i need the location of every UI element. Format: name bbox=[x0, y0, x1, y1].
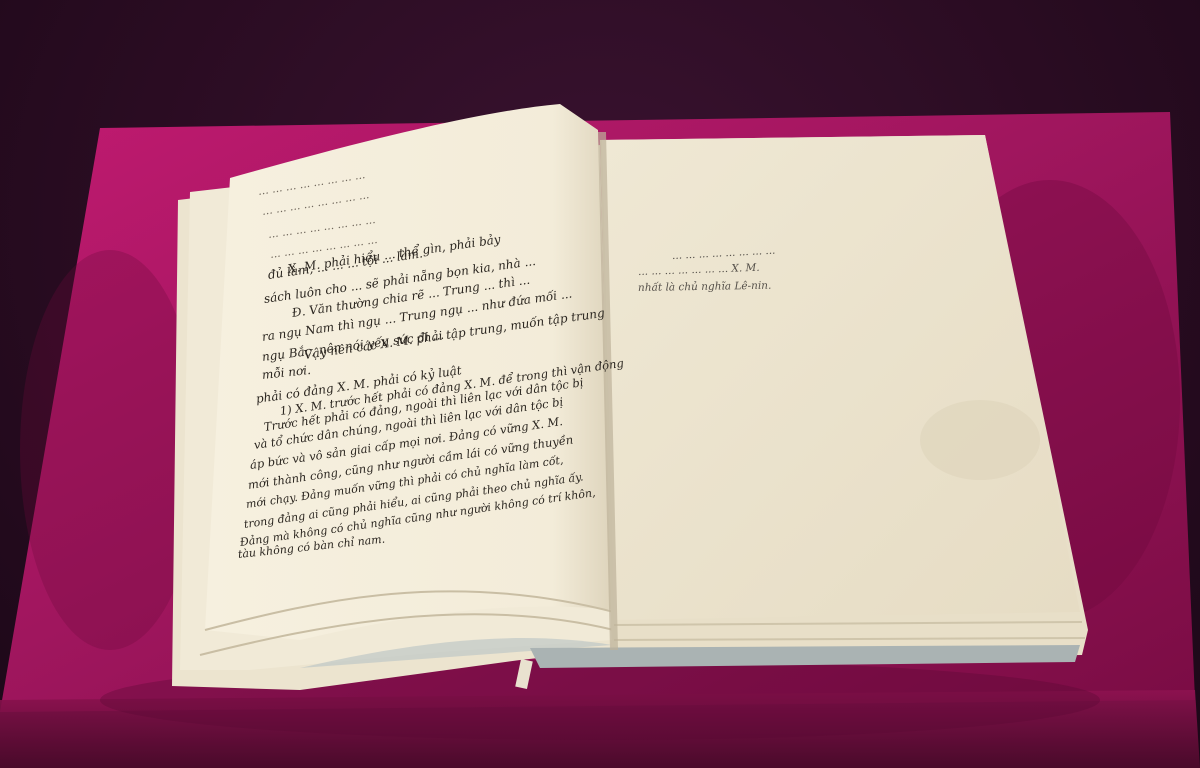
velvet-display-cushion bbox=[0, 0, 1200, 768]
photo-scene: ... ... ... ... ... ... ... ... ... ... … bbox=[0, 0, 1200, 768]
handwritten-line: nhất là chủ nghĩa Lê-nin. bbox=[638, 280, 772, 294]
